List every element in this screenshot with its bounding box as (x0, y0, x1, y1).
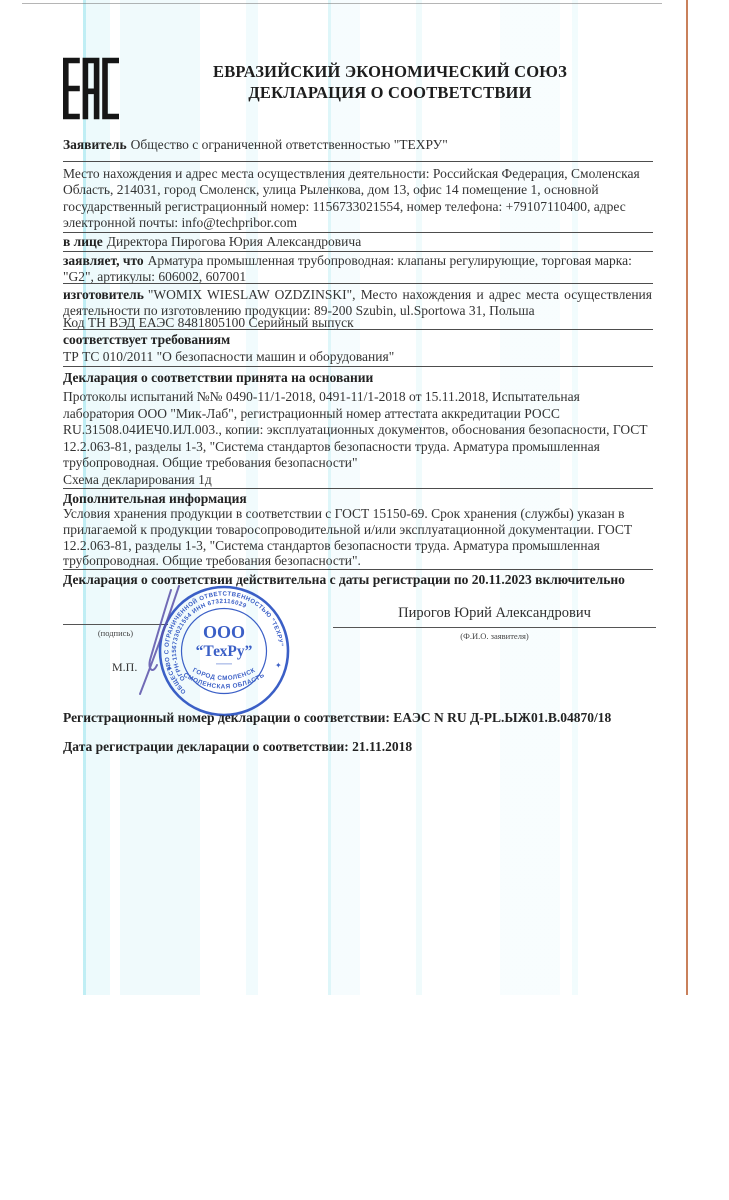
divider (63, 161, 653, 162)
divider (63, 329, 653, 330)
manufacturer-label: изготовитель (63, 287, 144, 302)
fio-caption: (Ф.И.О. заявителя) (333, 631, 656, 641)
declares-value: Арматура промышленная трубопроводная: кл… (63, 253, 632, 284)
manufacturer-row: изготовитель"WOMIX WIESLAW OZDZINSKI", М… (63, 287, 652, 318)
reg-number-line: Регистрационный номер декларации о соотв… (63, 710, 611, 726)
divider (63, 569, 653, 570)
basis-label: Декларация о соответствии принята на осн… (63, 370, 373, 385)
address-row: Место нахождения и адрес места осуществл… (63, 166, 652, 232)
complies-row: ТР ТС 010/2011 "О безопасности машин и о… (63, 349, 652, 365)
title-line-1: ЕВРАЗИЙСКИЙ ЭКОНОМИЧЕСКИЙ СОЮЗ (150, 62, 630, 83)
applicant-label: Заявитель (63, 137, 127, 152)
document-title: ЕВРАЗИЙСКИЙ ЭКОНОМИЧЕСКИЙ СОЮЗ ДЕКЛАРАЦИ… (150, 62, 630, 103)
representative-value: Директора Пирогова Юрия Александровича (107, 234, 361, 249)
address-label: Место нахождения и адрес места осуществл… (63, 166, 430, 181)
divider (63, 366, 653, 367)
basis-text: Протоколы испытаний №№ 0490-11/1-2018, 0… (63, 389, 652, 472)
basis-row: Протоколы испытаний №№ 0490-11/1-2018, 0… (63, 389, 652, 489)
declaration-document: ЕВРАЗИЙСКИЙ ЭКОНОМИЧЕСКИЙ СОЮЗ ДЕКЛАРАЦИ… (0, 0, 729, 1200)
manufacturer-value: "WOMIX WIESLAW OZDZINSKI", Место нахожде… (63, 287, 652, 318)
reg-number-label: Регистрационный номер декларации о соотв… (63, 710, 390, 725)
title-line-2: ДЕКЛАРАЦИЯ О СООТВЕТСТВИИ (150, 83, 630, 104)
basis-scheme: Схема декларирования 1д (63, 472, 652, 489)
additional-row: Условия хранения продукции в соответстви… (63, 506, 652, 569)
reg-number-value: ЕАЭС N RU Д-PL.ЫЖ01.В.04870/18 (393, 710, 611, 725)
complies-value: ТР ТС 010/2011 "О безопасности машин и о… (63, 349, 394, 364)
reg-date-line: Дата регистрации декларации о соответств… (63, 739, 412, 755)
divider (63, 251, 653, 252)
stamp-center-line1: ООО (203, 622, 245, 642)
applicant-row: ЗаявительОбщество с ограниченной ответст… (63, 137, 652, 153)
divider (63, 232, 653, 233)
representative-label: в лице (63, 234, 103, 249)
representative-row: в лицеДиректора Пирогова Юрия Александро… (63, 234, 652, 250)
additional-label: Дополнительная информация (63, 491, 247, 506)
tnved-value: Код ТН ВЭД ЕАЭС 8481805100 Серийный выпу… (63, 315, 354, 330)
additional-text: Условия хранения продукции в соответстви… (63, 506, 632, 568)
divider (63, 283, 653, 284)
page-edge-line (686, 0, 688, 995)
reg-date-value: 21.11.2018 (352, 739, 412, 754)
eac-logo (63, 57, 119, 120)
reg-date-label: Дата регистрации декларации о соответств… (63, 739, 349, 754)
declares-label: заявляет, что (63, 253, 144, 268)
complies-header: соответствует требованиям (63, 332, 652, 348)
applicant-fio: Пирогов Юрий Александрович (333, 605, 656, 622)
stamp-center-line2: “ТехРу” (196, 643, 253, 660)
fio-line (333, 627, 656, 628)
additional-header: Дополнительная информация (63, 491, 652, 507)
complies-label: соответствует требованиям (63, 332, 230, 347)
stamp-star-right-icon: ✦ (275, 661, 282, 670)
signature-stroke (113, 584, 198, 699)
basis-header: Декларация о соответствии принята на осн… (63, 370, 652, 386)
declares-row: заявляет, чтоАрматура промышленная трубо… (63, 253, 652, 284)
applicant-value: Общество с ограниченной ответственностью… (131, 137, 448, 152)
top-scan-line (22, 3, 662, 4)
divider (63, 488, 653, 489)
